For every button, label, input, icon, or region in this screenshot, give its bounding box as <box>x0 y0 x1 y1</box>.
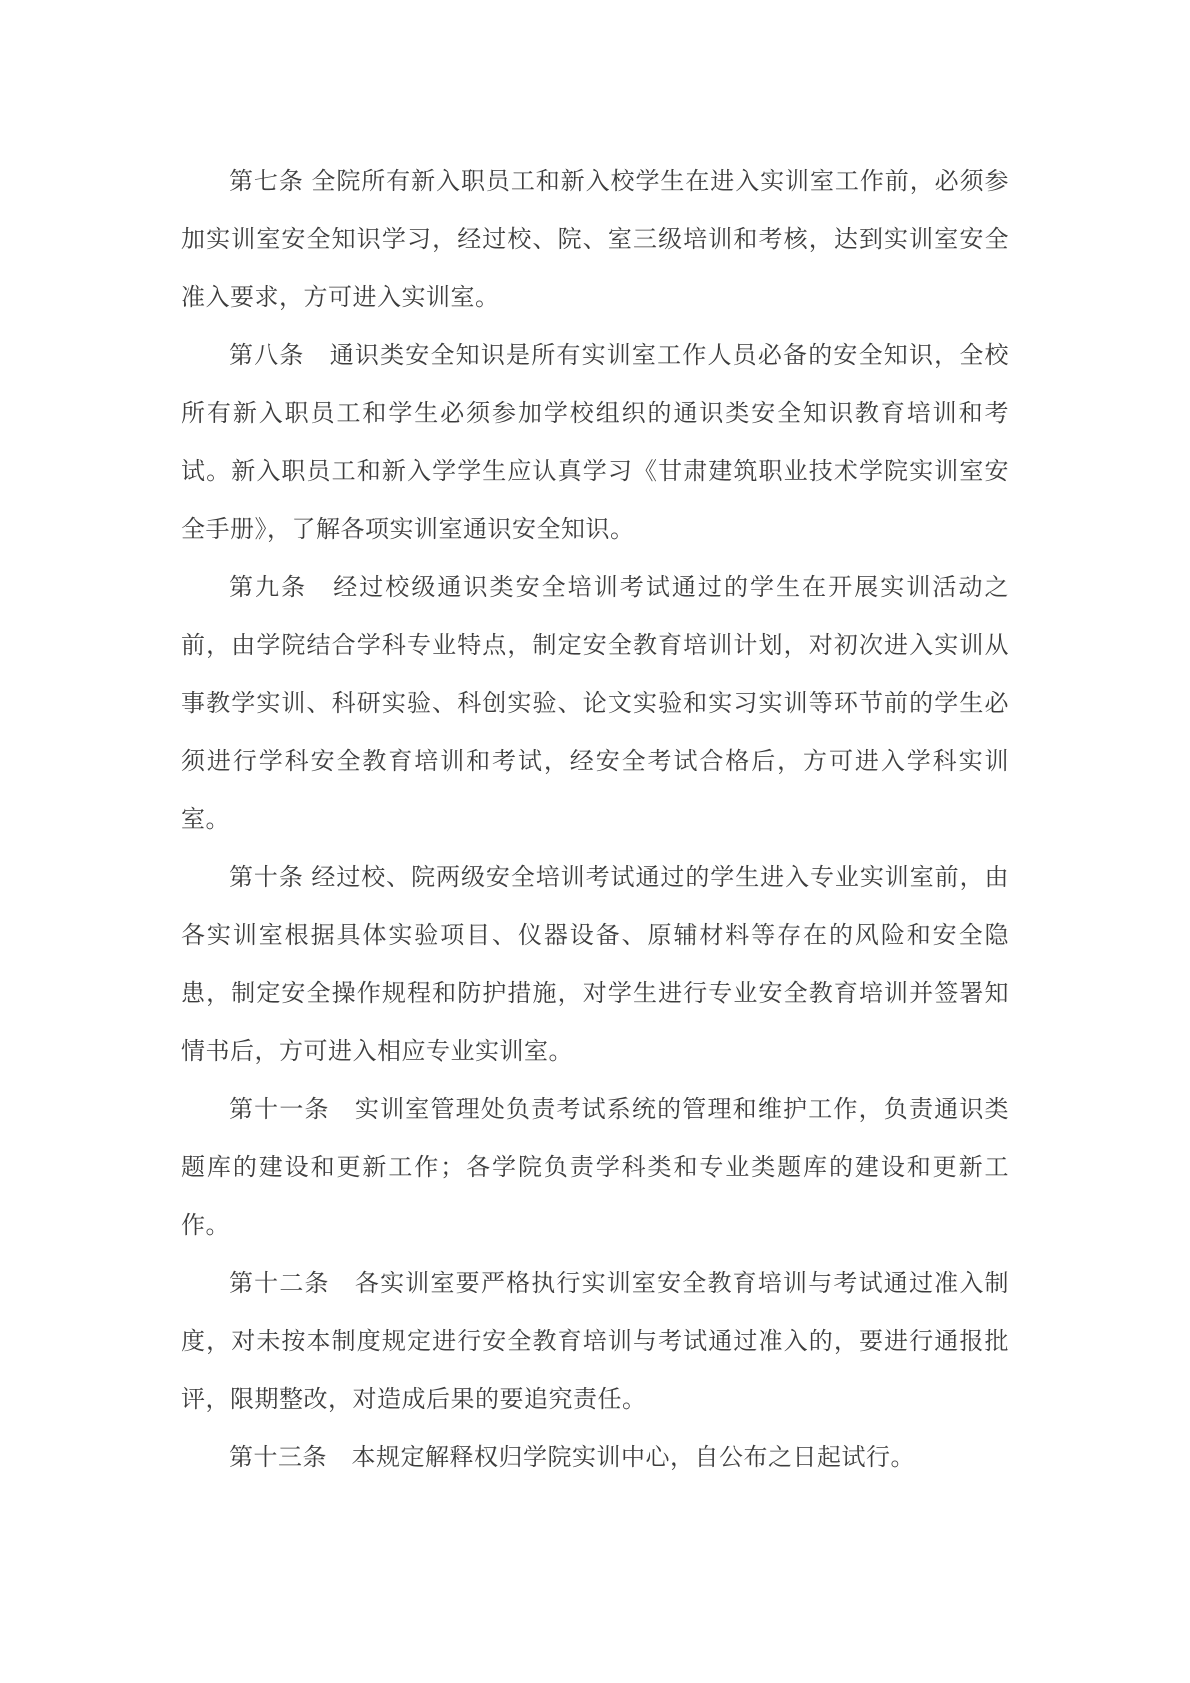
paragraph-article-13: 第十三条 本规定解释权归学院实训中心，自公布之日起试行。 <box>181 1429 1009 1487</box>
document-canvas: { "page": { "background_color": "#ffffff… <box>0 0 1190 1683</box>
paragraph-article-8: 第八条 通识类安全知识是所有实训室工作人员必备的安全知识，全校所有新入职员工和学… <box>181 327 1009 559</box>
paragraph-article-12: 第十二条 各实训室要严格执行实训室安全教育培训与考试通过准入制度，对未按本制度规… <box>181 1255 1009 1429</box>
document-body: 第七条 全院所有新入职员工和新入校学生在进入实训室工作前，必须参加实训室安全知识… <box>181 153 1009 1487</box>
paragraph-article-9: 第九条 经过校级通识类安全培训考试通过的学生在开展实训活动之前，由学院结合学科专… <box>181 559 1009 849</box>
paragraph-article-10: 第十条 经过校、院两级安全培训考试通过的学生进入专业实训室前，由各实训室根据具体… <box>181 849 1009 1081</box>
paragraph-article-11: 第十一条 实训室管理处负责考试系统的管理和维护工作，负责通识类题库的建设和更新工… <box>181 1081 1009 1255</box>
paragraph-article-7: 第七条 全院所有新入职员工和新入校学生在进入实训室工作前，必须参加实训室安全知识… <box>181 153 1009 327</box>
